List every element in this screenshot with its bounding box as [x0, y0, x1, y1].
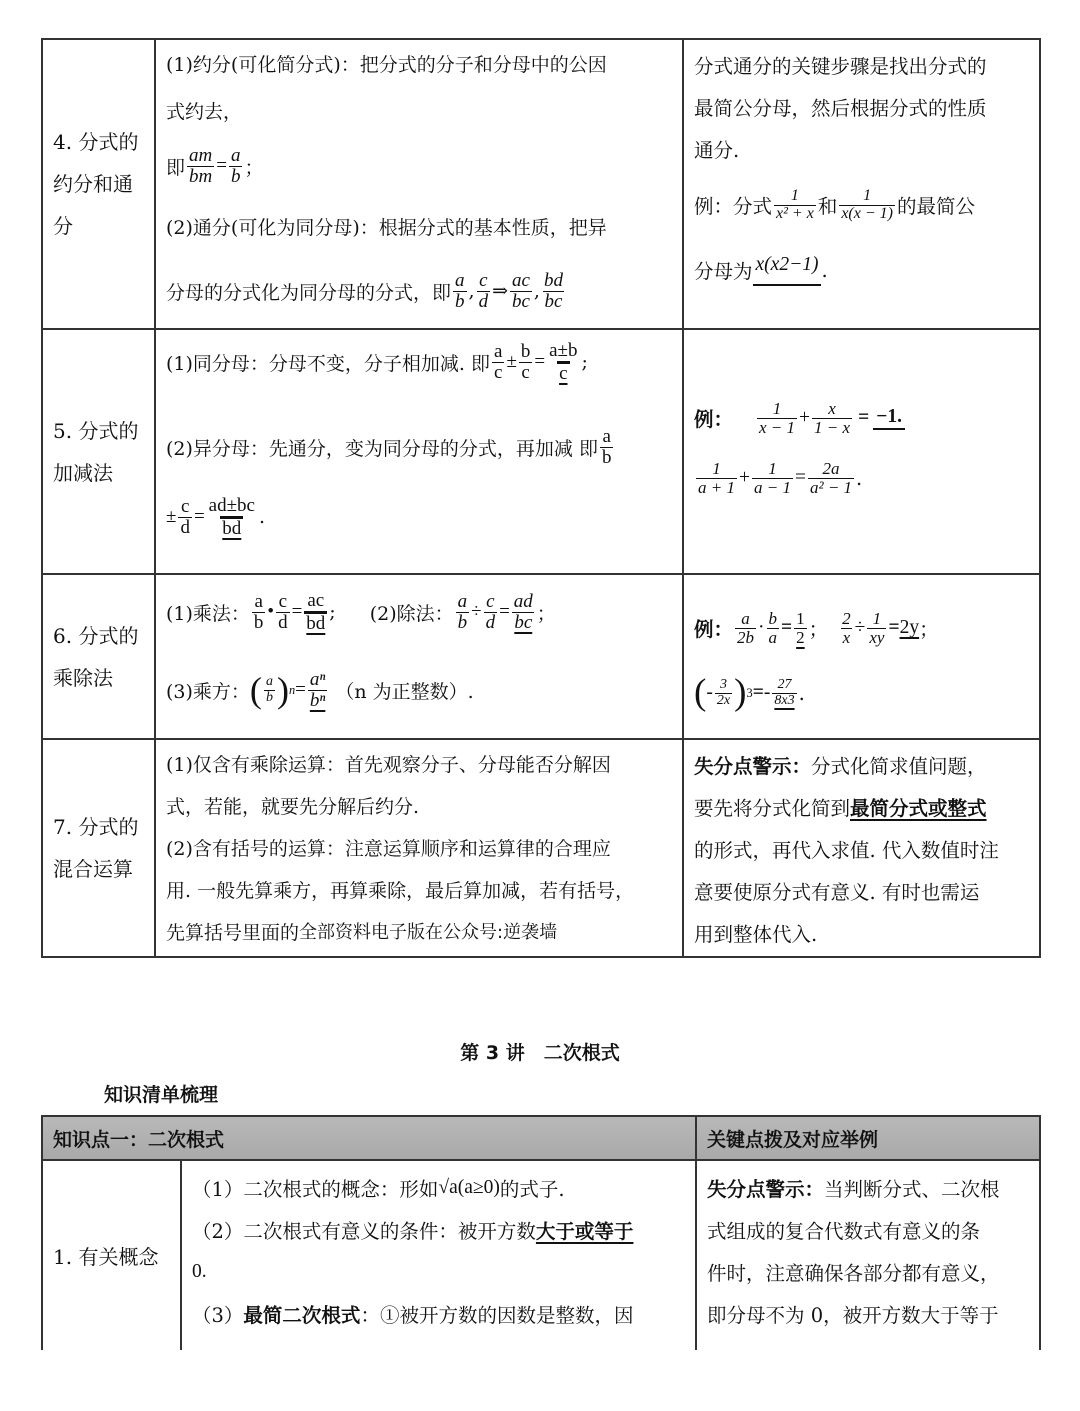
- fraction-knowledge-table: 4. 分式的 约分和通 分 (1)约分(可化简分式)：把分式的分子和分母中的公因…: [41, 38, 1041, 958]
- watermark-text: 全部资料电子版在公众号:逆袭墙: [299, 918, 557, 944]
- example-line: 例： 1x − 1 + x1 − x = −1.: [694, 388, 1031, 448]
- row-content: (1)仅含有乘除运算：首先观察分子、分母能否分解因 式，若能，就要先分解后约分.…: [155, 739, 683, 957]
- emphasis-text: 大于或等于: [536, 1216, 634, 1244]
- power-rule: (3)乘方： ( ab ) n = aⁿbⁿ （n 为正整数）.: [166, 655, 674, 725]
- example-line: ( - 32x ) 3 = - 278x3 .: [694, 663, 1031, 723]
- row-title: 7. 分式的 混合运算: [42, 739, 155, 957]
- content-line: 式约去，: [166, 84, 674, 136]
- chapter-title: 第 3 讲 二次根式: [0, 1038, 1080, 1065]
- content-line: (2)通分(可化为同分母)：根据分式的基本性质，把异: [166, 196, 674, 256]
- row-content: (1)约分(可化简分式)：把分式的分子和分母中的公因 式约去， 即 ambm =…: [155, 39, 683, 329]
- content-line: (1)约分(可化简分式)：把分式的分子和分母中的公因: [166, 42, 674, 84]
- table-row-related-concepts: 1. 有关概念 （1）二次根式的概念：形如 √a(a≥0) 的式子. （2）二次…: [42, 1160, 1040, 1350]
- different-denominator-rule: (2)异分母：先通分，变为同分母的分式，再加减 即 ab: [166, 412, 674, 482]
- table-row-addition-subtraction: 5. 分式的 加减法 (1)同分母：分母不变，分子相加减. 即 ac ± bc …: [42, 329, 1040, 574]
- section-label: 知识清单梳理: [104, 1080, 218, 1107]
- row-content: (1)同分母：分母不变，分子相加减. 即 ac ± bc = a±bc ; (2…: [155, 329, 683, 574]
- fraction: ambm: [187, 146, 214, 187]
- table-row-reduce-and-common-denominator: 4. 分式的 约分和通 分 (1)约分(可化简分式)：把分式的分子和分母中的公因…: [42, 39, 1040, 329]
- answer-blank: 2y: [900, 617, 920, 639]
- same-denominator-rule: (1)同分母：分母不变，分子相加减. 即 ac ± bc = a±bc ;: [166, 332, 674, 392]
- answer-blank: x(x2−1): [753, 254, 822, 286]
- row-content: (1)乘法： ab • cd = acbd ; (2)除法： ab ÷ cd =…: [155, 574, 683, 739]
- table-row-multiplication-division: 6. 分式的 乘除法 (1)乘法： ab • cd = acbd ; (2)除法…: [42, 574, 1040, 739]
- row-tip: 分式通分的关键步骤是找出分式的 最简公分母，然后根据分式的性质 通分. 例：分式…: [683, 39, 1040, 329]
- example-line: 例： a2b · ba = 12 ； 2x ÷ 1xy = 2y ；: [694, 593, 1031, 663]
- different-denominator-formula: ± cd = ad±bcbd .: [166, 482, 674, 552]
- row-tip: 失分点警示： 分式化简求值问题， 要先将分式化简到 最简分式或整式 的形式，再代…: [683, 739, 1040, 957]
- row-tip: 例： 1x − 1 + x1 − x = −1. 1a + 1 + 1a − 1…: [683, 329, 1040, 574]
- common-denominator-formula: 分母的分式化为同分母的分式，即 ab , cd ⇒ acbc , bdbc: [166, 256, 674, 326]
- example-line: 1a + 1 + 1a − 1 = 2aa² − 1 .: [694, 448, 1031, 508]
- answer-blank: −1.: [873, 406, 905, 430]
- row-title: 5. 分式的 加减法: [42, 329, 155, 574]
- row-tip: 例： a2b · ba = 12 ； 2x ÷ 1xy = 2y ； ( - 3…: [683, 574, 1040, 739]
- example-answer-line: 分母为 x(x2−1) .: [694, 240, 1031, 300]
- row-title: 4. 分式的 约分和通 分: [42, 39, 155, 329]
- row-content: （1）二次根式的概念：形如 √a(a≥0) 的式子. （2）二次根式有意义的条件…: [181, 1160, 696, 1350]
- radical-knowledge-table: 知识点一：二次根式 关键点拨及对应举例 1. 有关概念 （1）二次根式的概念：形…: [41, 1115, 1041, 1350]
- reduce-formula: 即 ambm = ab ；: [166, 136, 674, 196]
- mul-div-rules: (1)乘法： ab • cd = acbd ; (2)除法： ab ÷ cd =…: [166, 577, 674, 647]
- radical-formula: √a(a≥0): [438, 1177, 499, 1199]
- row-title: 1. 有关概念: [42, 1160, 181, 1350]
- table-header: 知识点一：二次根式 关键点拨及对应举例: [42, 1116, 1040, 1160]
- table-row-mixed-operations: 7. 分式的 混合运算 (1)仅含有乘除运算：首先观察分子、分母能否分解因 式，…: [42, 739, 1040, 957]
- header-knowledge-point: 知识点一：二次根式: [42, 1116, 696, 1160]
- row-title: 6. 分式的 乘除法: [42, 574, 155, 739]
- emphasis-text: 最简分式或整式: [850, 793, 987, 821]
- header-key-points: 关键点拨及对应举例: [696, 1116, 1040, 1160]
- row-tip: 失分点警示： 当判断分式、二次根 式组成的复合代数式有意义的条 件时，注意确保各…: [696, 1160, 1040, 1350]
- example-line: 例：分式 1x² + x 和 1x(x − 1) 的最简公: [694, 170, 1031, 240]
- fraction: ab: [229, 146, 243, 187]
